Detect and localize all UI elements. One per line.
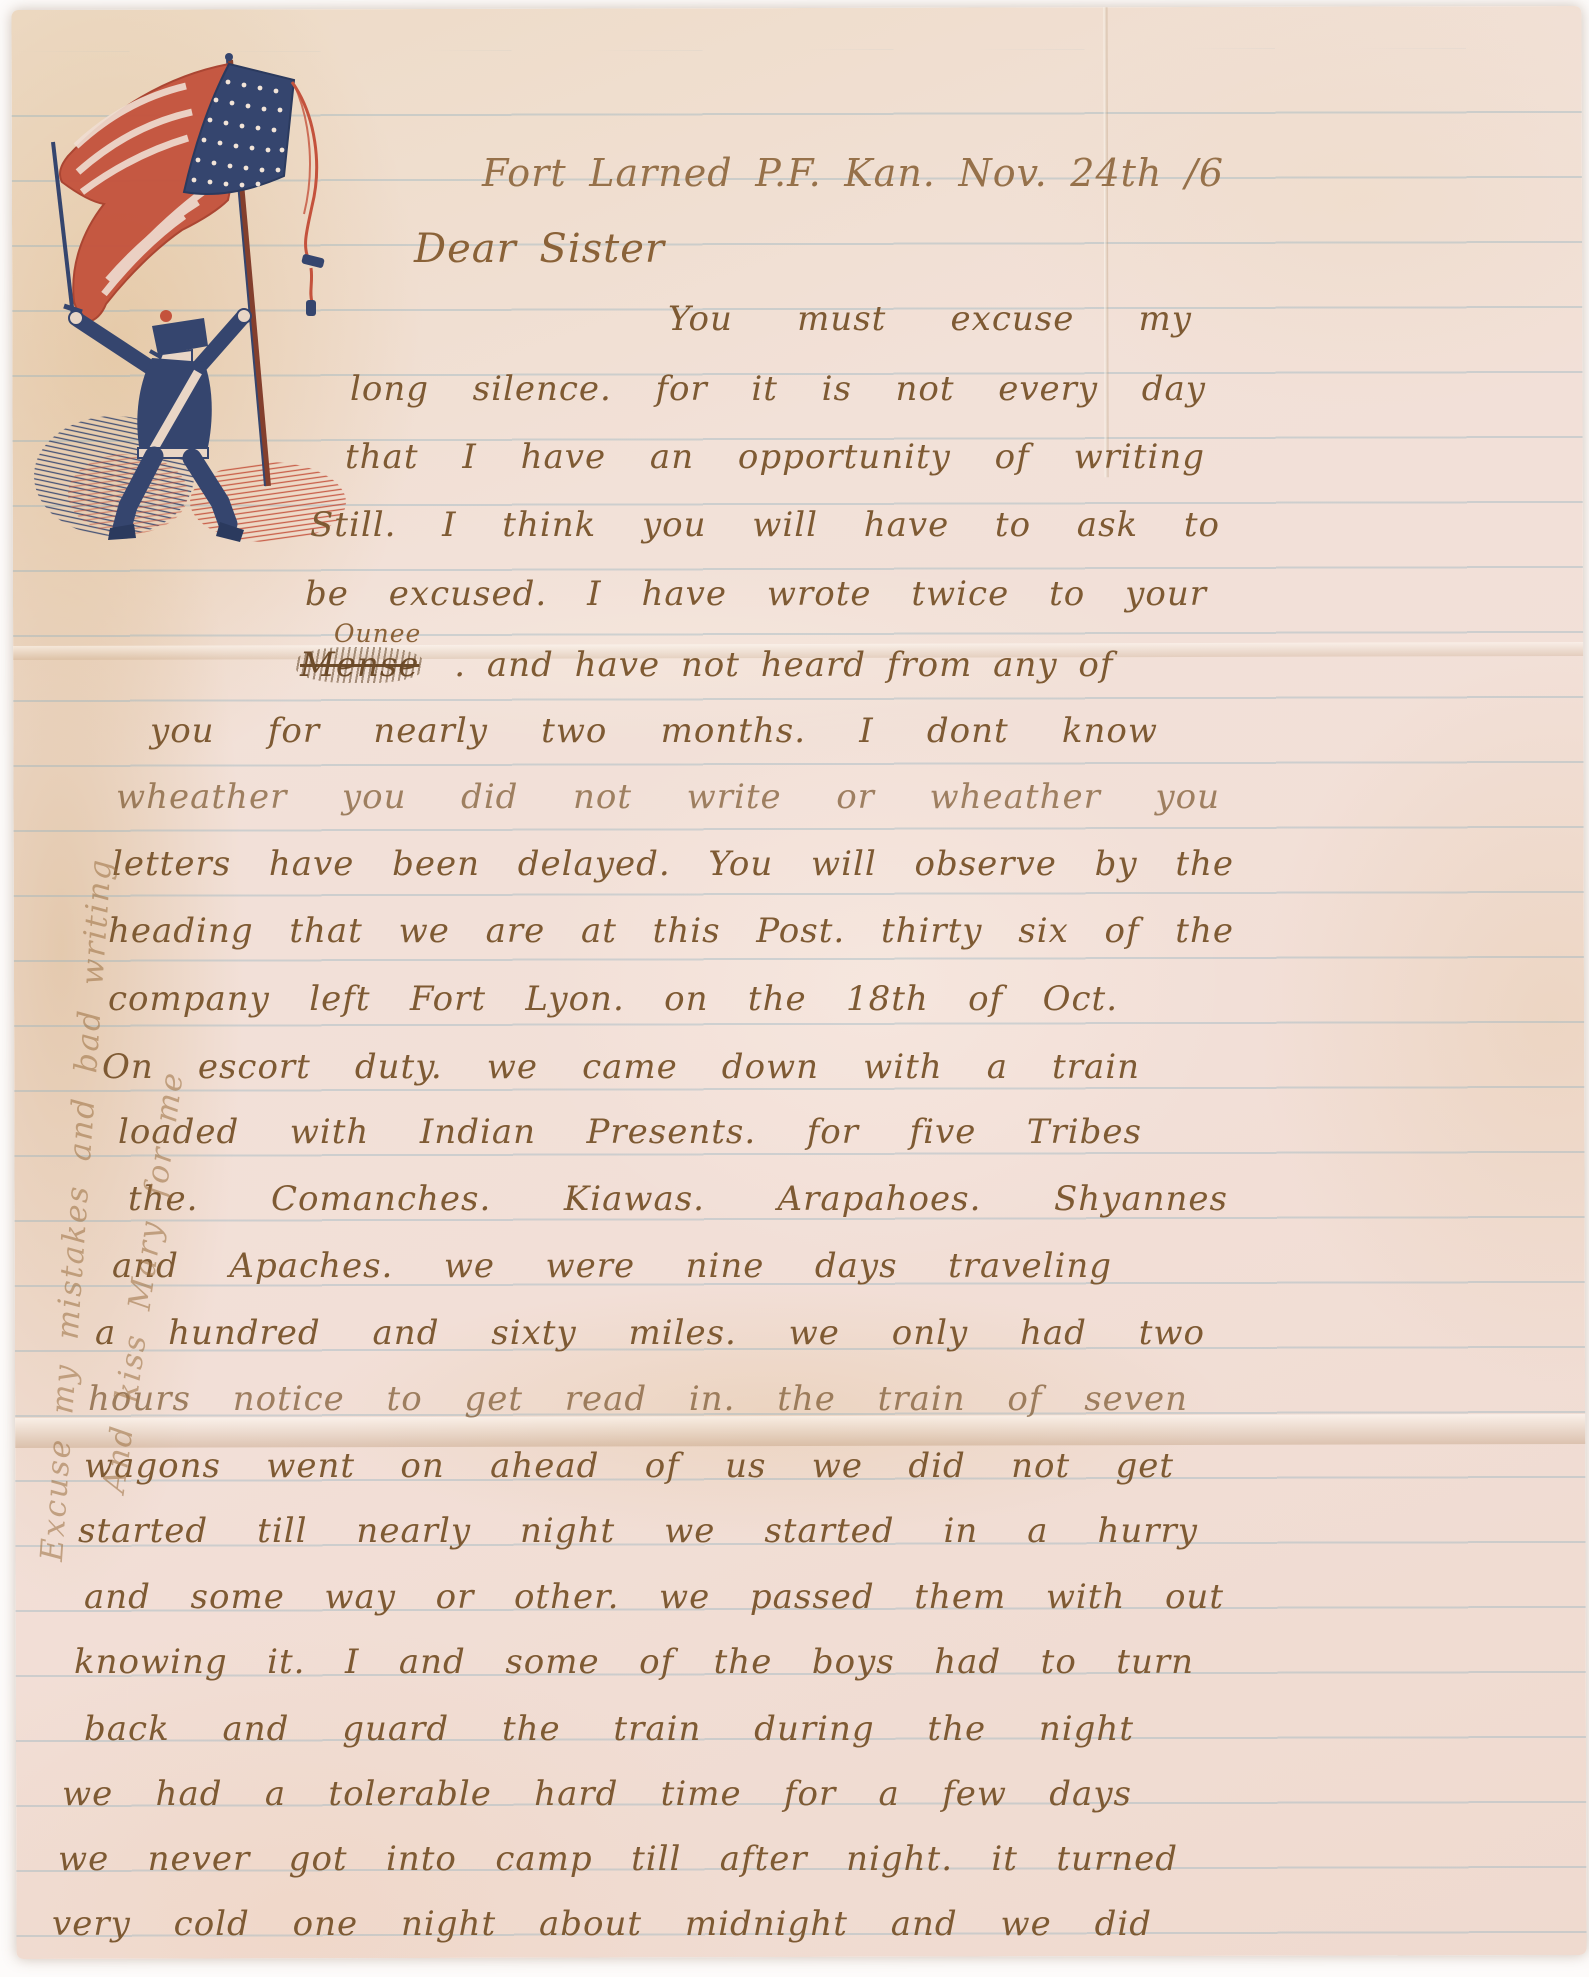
letter-line: we had a tolerable hard time for a few d… [62, 1775, 1132, 1814]
letter-dateline: Fort Larned P.F. Kan. Nov. 24th /6 [482, 152, 1224, 196]
letter-line: Still. I think you will have to ask to [310, 506, 1220, 545]
letter-line: letters have been delayed. You will obse… [112, 845, 1234, 884]
letter-scan: Fort Larned P.F. Kan. Nov. 24th /6 Dear … [0, 0, 1589, 1977]
cord-tassel [301, 253, 325, 316]
letter-line: company left Fort Lyon. on the 18th of O… [108, 980, 1118, 1019]
correction-struck-word: Mense [300, 645, 419, 685]
flag-cord [292, 82, 317, 260]
letter-line: and some way or other. we passed them wi… [84, 1578, 1224, 1617]
letter-line: be excused. I have wrote twice to your [305, 575, 1207, 614]
letter-line: a hundred and sixty miles. we only had t… [95, 1314, 1205, 1353]
letter-line: hours notice to get read in. the train o… [88, 1380, 1188, 1419]
letter-line: loaded with Indian Presents. for five Tr… [118, 1113, 1142, 1152]
letter-line: very cold one night about midnight and w… [52, 1905, 1152, 1944]
union-soldier-flag-illustration [16, 24, 348, 546]
correction-line-rest: . and have not heard from any of [454, 645, 1113, 685]
letter-line: you for nearly two months. I dont know [150, 712, 1158, 751]
letter-line: heading that we are at this Post. thirty… [108, 912, 1234, 951]
letter-salutation: Dear Sister [414, 226, 665, 272]
letter-line-with-correction: Ounee Mense . and have not heard from an… [300, 646, 1206, 685]
letter-line: that I have an opportunity of writing [345, 438, 1205, 477]
letter-line: wheather you did not write or wheather y… [116, 778, 1220, 817]
letter-line: long silence. for it is not every day [350, 370, 1206, 409]
shako-hat [152, 318, 208, 355]
letter-line: started till nearly night we started in … [78, 1512, 1198, 1551]
letter-line: and Apaches. we were nine days traveling [112, 1247, 1112, 1286]
letter-line: the. Comanches. Kiawas. Arapahoes. Shyan… [128, 1180, 1228, 1219]
letter-line: wagons went on ahead of us we did not ge… [84, 1447, 1174, 1486]
letter-line: You must excuse my [668, 300, 1192, 339]
hat-pompom [160, 310, 172, 322]
letter-line: back and guard the train during the nigh… [84, 1710, 1134, 1749]
letter-line: knowing it. I and some of the boys had t… [74, 1643, 1194, 1682]
letter-line: On escort duty. we came down with a trai… [102, 1048, 1140, 1087]
letter-line: we never got into camp till after night.… [58, 1840, 1178, 1879]
correction: Ounee Mense [300, 646, 419, 685]
